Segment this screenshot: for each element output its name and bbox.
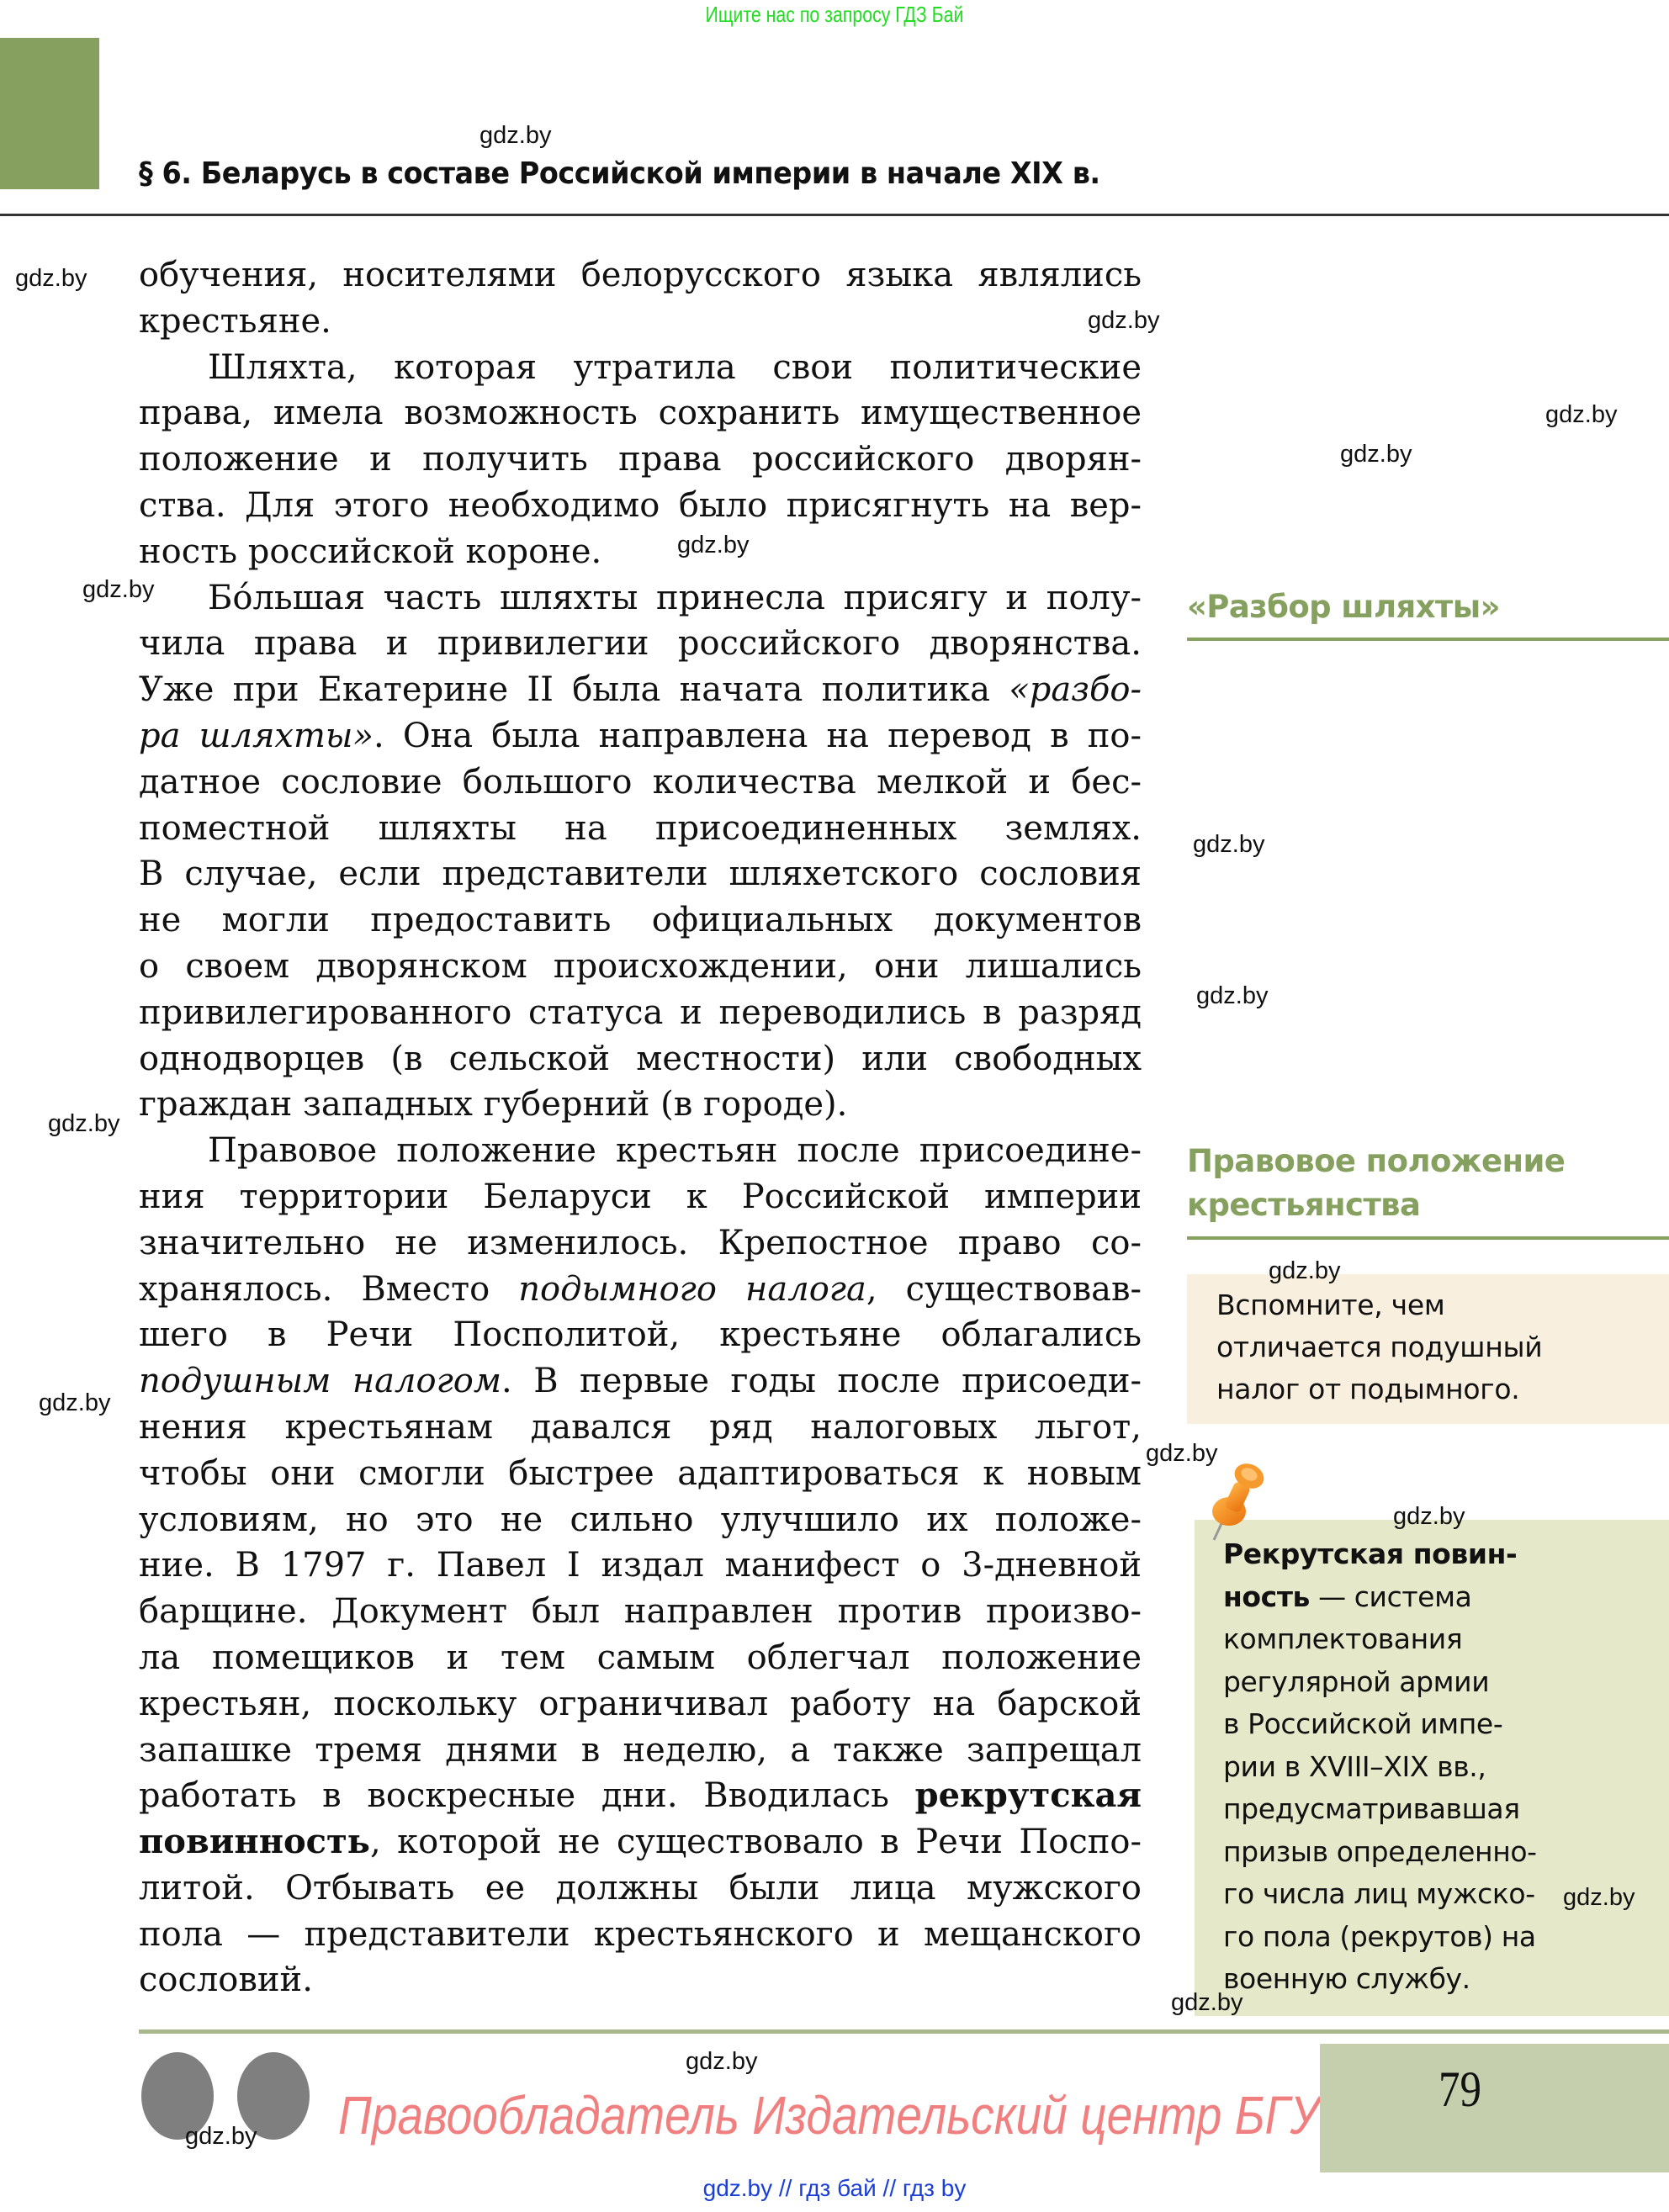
text-line: сословий. xyxy=(139,1957,1142,2003)
text-segment: значительно не изменилось. Крепостное пр… xyxy=(139,1224,1142,1262)
text-segment: работать в воскресные дни. Вводилась xyxy=(139,1776,915,1815)
text-segment: чтобы они смогли быстрее адаптироваться … xyxy=(139,1454,1142,1493)
text-line: условиям, но это не сильно улучшило их п… xyxy=(139,1497,1142,1543)
text-line: поместной шляхты на присоединенных земля… xyxy=(139,806,1142,852)
definition-line: военную службу. xyxy=(1223,1958,1537,2001)
text-line: обучения, носителями белорусского языка … xyxy=(139,252,1142,299)
watermark: gdz.by xyxy=(686,2048,757,2076)
text-segment: запашке тремя днями в неделю, а также за… xyxy=(139,1731,1142,1770)
text-line: ра шляхты». Она была направлена на перев… xyxy=(139,713,1142,759)
text-line: Шляхта, которая утратила свои политическ… xyxy=(139,345,1142,391)
text-line: пола — представители крестьянского и мещ… xyxy=(139,1912,1142,1958)
question-line: Вспомните, чем xyxy=(1216,1284,1542,1326)
pushpin-icon xyxy=(1199,1459,1274,1543)
main-text-column: обучения, носителями белорусского языка … xyxy=(139,252,1142,2003)
footer-links[interactable]: gdz.by // гдз бай // гдз by xyxy=(0,2175,1669,2202)
watermark: gdz.by xyxy=(1340,441,1412,468)
text-line: датное сословие большого количества мелк… xyxy=(139,759,1142,806)
text-line: права, имела возможность сохранить имуще… xyxy=(139,390,1142,437)
text-line: положение и получить права российского д… xyxy=(139,437,1142,483)
watermark: gdz.by xyxy=(480,122,551,150)
search-hint-banner: Ищите нас по запросу ГДЗ Бай xyxy=(151,2,1519,28)
text-segment: поместной шляхты на присоединенных земля… xyxy=(139,809,1142,848)
italic-term: подушным налогом xyxy=(139,1362,501,1400)
text-segment: о своем дворянском происхождении, они ли… xyxy=(139,947,1142,986)
watermark: gdz.by xyxy=(1193,831,1264,859)
watermark: gdz.by xyxy=(39,1389,110,1417)
watermark: gdz.by xyxy=(1269,1257,1340,1285)
italic-term: подымного налога xyxy=(518,1270,866,1309)
text-segment: обучения, носителями белорусского языка … xyxy=(139,256,1142,294)
footer-divider xyxy=(139,2029,1669,2034)
text-line: ние. В 1797 г. Павел I издал манифест о … xyxy=(139,1543,1142,1589)
text-segment: однодворцев (в сельской местности) или с… xyxy=(139,1040,1142,1078)
text-segment: привилегированного статуса и переводилис… xyxy=(139,993,1142,1032)
text-line: шего в Речи Посполитой, крестьяне облага… xyxy=(139,1312,1142,1358)
text-line: ла помещиков и тем самым облегчал положе… xyxy=(139,1635,1142,1681)
chapter-color-tab xyxy=(0,38,99,189)
definition-text: Рекрутская повин- ность — система компле… xyxy=(1223,1533,1537,2001)
definition-line: го числа лиц мужско- xyxy=(1223,1873,1537,1916)
text-segment: ла помещиков и тем самым облегчал положе… xyxy=(139,1638,1142,1677)
text-line: запашке тремя днями в неделю, а также за… xyxy=(139,1728,1142,1774)
text-segment: . Она была направлена на перевод в по- xyxy=(374,717,1142,755)
question-line: налог от подымного. xyxy=(1216,1368,1542,1410)
sidebar-heading-legal-status-line2: крестьянства xyxy=(1187,1183,1420,1227)
text-line: чтобы они смогли быстрее адаптироваться … xyxy=(139,1451,1142,1497)
text-segment: литой. Отбывать ее должны были лица мужс… xyxy=(139,1869,1142,1908)
text-segment: хранялось. Вместо xyxy=(139,1270,518,1309)
sidebar-heading-legal-status-line1: Правовое положение xyxy=(1187,1140,1565,1183)
text-line: Правовое положение крестьян после присое… xyxy=(139,1128,1142,1174)
text-segment: Уже при Екатерине II была начата политик… xyxy=(139,670,1009,709)
text-segment: ства. Для этого необходимо было присягну… xyxy=(139,486,1142,525)
text-segment: , существовав- xyxy=(866,1270,1142,1309)
text-line: не могли предоставить официальных докуме… xyxy=(139,897,1142,944)
watermark: gdz.by xyxy=(15,265,87,293)
italic-term: ра шляхты» xyxy=(139,717,374,755)
text-segment: В случае, если представители шляхетского… xyxy=(139,855,1142,893)
text-segment: Шляхта, которая утратила свои политическ… xyxy=(208,348,1142,387)
text-line: литой. Отбывать ее должны были лица мужс… xyxy=(139,1865,1142,1912)
text-segment: барщине. Документ был направлен против п… xyxy=(139,1592,1142,1631)
text-line: о своем дворянском происхождении, они ли… xyxy=(139,944,1142,990)
bold-term: повинность xyxy=(139,1822,370,1861)
page-number-box xyxy=(1320,2044,1669,2172)
text-segment: нения крестьянам давался ряд налоговых л… xyxy=(139,1408,1142,1447)
text-line: нения крестьянам давался ряд налоговых л… xyxy=(139,1405,1142,1451)
watermark: gdz.by xyxy=(48,1110,119,1138)
text-segment: Бо́льшая часть шляхты принесла присягу и… xyxy=(208,579,1142,617)
text-line: однодворцев (в сельской местности) или с… xyxy=(139,1036,1142,1082)
definition-line: комплектования xyxy=(1223,1618,1537,1661)
page-number: 79 xyxy=(1439,2061,1481,2119)
header-divider xyxy=(0,214,1669,216)
watermark: gdz.by xyxy=(82,576,154,604)
text-segment: ние. В 1797 г. Павел I издал манифест о … xyxy=(139,1546,1142,1585)
watermark: gdz.by xyxy=(1563,1884,1635,1912)
text-segment: шего в Речи Посполитой, крестьяне облага… xyxy=(139,1315,1142,1354)
text-segment: ность российской короне. xyxy=(139,532,601,571)
text-segment: датное сословие большого количества мелк… xyxy=(139,763,1142,802)
text-segment: ния территории Беларуси к Российской имп… xyxy=(139,1177,1142,1216)
definition-term: ность xyxy=(1223,1580,1310,1613)
text-line: подушным налогом. В первые годы после пр… xyxy=(139,1358,1142,1405)
text-segment: положение и получить права российского д… xyxy=(139,440,1142,479)
definition-line: рии в XVIII–XIX вв., xyxy=(1223,1746,1537,1789)
question-text: Вспомните, чем отличается подушный налог… xyxy=(1216,1284,1542,1410)
text-segment: условиям, но это не сильно улучшило их п… xyxy=(139,1500,1142,1539)
watermark: gdz.by xyxy=(1171,1989,1242,2017)
text-line: чила права и привилегии российского двор… xyxy=(139,621,1142,667)
question-line: отличается подушный xyxy=(1216,1326,1542,1368)
text-line: работать в воскресные дни. Вводилась рек… xyxy=(139,1773,1142,1819)
text-line: В случае, если представители шляхетского… xyxy=(139,851,1142,897)
definition-line: призыв определенно- xyxy=(1223,1831,1537,1874)
text-segment: Правовое положение крестьян после присое… xyxy=(208,1131,1142,1170)
text-segment: крестьяне. xyxy=(139,302,331,341)
text-line: крестьян, поскольку ограничивал работу н… xyxy=(139,1681,1142,1728)
definition-term: Рекрутская повин- xyxy=(1223,1537,1517,1570)
definition-line: в Российской импе- xyxy=(1223,1703,1537,1746)
definition-line: предусматривавшая xyxy=(1223,1788,1537,1831)
text-segment: . В первые годы после присоеди- xyxy=(501,1362,1142,1400)
definition-line: регулярной армии xyxy=(1223,1661,1537,1704)
text-line: Уже при Екатерине II была начата политик… xyxy=(139,667,1142,713)
page-title: § 6. Беларусь в составе Российской импер… xyxy=(139,156,1100,191)
watermark: gdz.by xyxy=(1196,982,1268,1010)
text-line: крестьяне. xyxy=(139,299,1142,345)
bold-term: рекрутская xyxy=(915,1775,1142,1815)
definition-line: го пола (рекрутов) на xyxy=(1223,1916,1537,1959)
watermark: gdz.by xyxy=(1393,1503,1465,1531)
definition-line: — система xyxy=(1310,1580,1471,1613)
text-line: ства. Для этого необходимо было присягну… xyxy=(139,483,1142,529)
text-line: граждан западных губерний (в городе). xyxy=(139,1082,1142,1128)
text-line: Бо́льшая часть шляхты принесла присягу и… xyxy=(139,575,1142,622)
text-segment: граждан западных губерний (в городе). xyxy=(139,1085,847,1124)
text-line: привилегированного статуса и переводилис… xyxy=(139,990,1142,1036)
copyright-notice: Правообладатель Издательский центр БГУ xyxy=(338,2084,1320,2146)
text-line: барщине. Документ был направлен против п… xyxy=(139,1589,1142,1635)
text-line: ния территории Беларуси к Российской имп… xyxy=(139,1174,1142,1220)
italic-term: «разбо- xyxy=(1009,670,1142,709)
watermark: gdz.by xyxy=(1088,307,1159,335)
text-segment: крестьян, поскольку ограничивал работу н… xyxy=(139,1685,1142,1723)
text-segment: права, имела возможность сохранить имуще… xyxy=(139,394,1142,432)
text-line: повинность, которой не существовало в Ре… xyxy=(139,1819,1142,1865)
text-line: значительно не изменилось. Крепостное пр… xyxy=(139,1220,1142,1267)
watermark: gdz.by xyxy=(185,2123,257,2151)
watermark: gdz.by xyxy=(677,532,749,559)
text-line: хранялось. Вместо подымного налога, суще… xyxy=(139,1267,1142,1313)
text-segment: не могли предоставить официальных докуме… xyxy=(139,901,1142,939)
text-line: ность российской короне. xyxy=(139,529,1142,575)
text-segment: пола — представители крестьянского и мещ… xyxy=(139,1915,1142,1954)
watermark: gdz.by xyxy=(1545,401,1617,429)
sidebar-heading-rule xyxy=(1187,638,1669,641)
sidebar-heading-rule xyxy=(1187,1236,1669,1240)
text-segment: , которой не существовало в Речи Поспо- xyxy=(370,1823,1142,1861)
sidebar-heading-razbor-shlyakhty: «Разбор шляхты» xyxy=(1187,585,1500,629)
text-segment: сословий. xyxy=(139,1961,313,1999)
text-segment: чила права и привилегии российского двор… xyxy=(139,624,1142,663)
